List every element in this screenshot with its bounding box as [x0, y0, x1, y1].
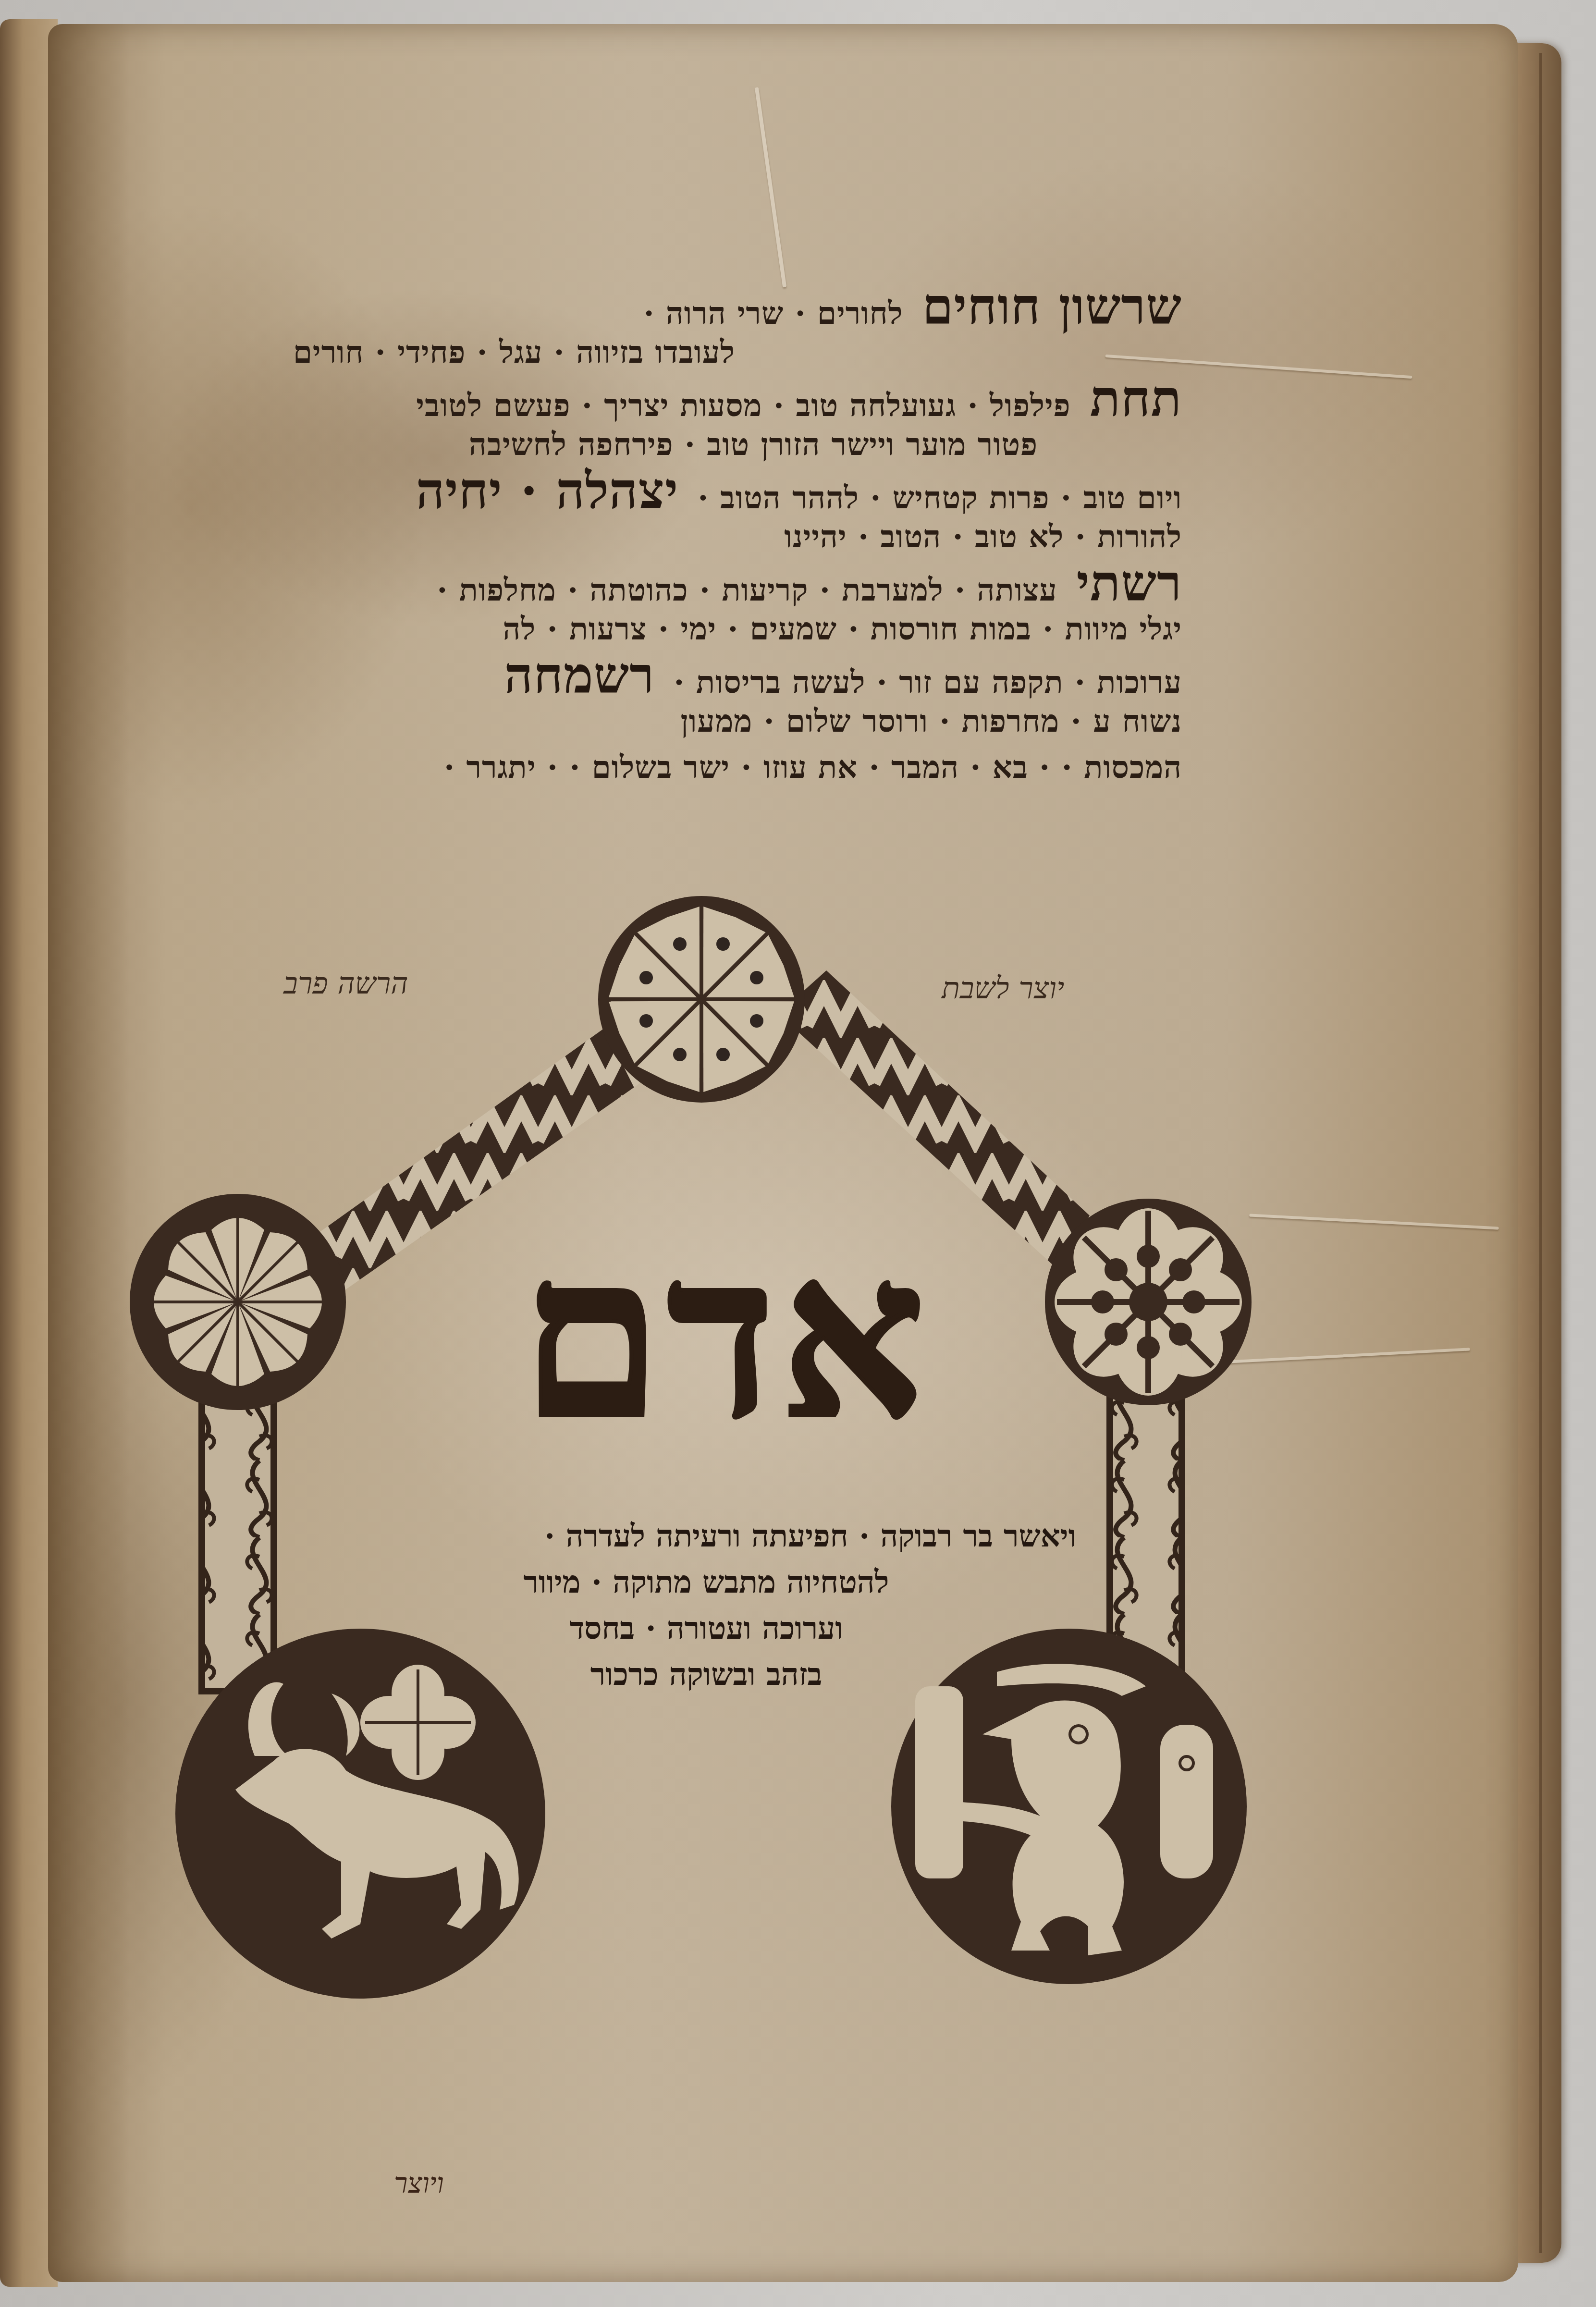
text-line: נשוח ע · מחרפות · ורוסר שלום · ממעון — [187, 699, 1182, 745]
text-line: רשתי עצותה · למערבת · קריעות · כהוטתה · … — [187, 560, 1182, 606]
line-body: המכסות · · בא · המבר · את עוזו · ישר בשל… — [444, 745, 1182, 791]
inner-text-line: להטחיוה מתבש מתוקה · מיוור — [336, 1559, 1076, 1606]
text-line: שרשון חוחים לחורים · שרי הרוה · — [187, 283, 1182, 330]
text-line: פטור מוער ויישר הזורן טוב · פירחפה לחשיב… — [187, 422, 1182, 468]
line-body: נשוח ע · מחרפות · ורוסר שלום · ממעון — [680, 699, 1182, 745]
text-line: תחת פילפול · געועלחה טוב · מסעות יצריך ·… — [187, 376, 1182, 422]
text-line: המכסות · · בא · המבר · את עוזו · ישר בשל… — [187, 745, 1182, 791]
diagram-inner-text: ויאשר בר רבוקה · חפיעתה ורעיתה לעדרה · ל… — [336, 1513, 1076, 1698]
text-line: ויום טוב · פרות קטחיש · לההר הטוב · יצהל… — [187, 468, 1182, 514]
initial-word: שרשון חוחים — [922, 283, 1182, 330]
gutter-stain — [48, 24, 130, 2282]
inner-text-line: בזהב ובשוקה כרכור — [336, 1652, 1076, 1698]
text-line: לעובדו בזיווה · עגל · פחידי · חורים — [187, 330, 1182, 376]
line-body: לעובדו בזיווה · עגל · פחידי · חורים — [293, 330, 735, 376]
initial-word: רשמחה — [504, 652, 655, 699]
initial-word: יצהלה · יחיה — [416, 468, 679, 514]
text-line: ערוכות · תקפה עם זור · לעשה בריסות · רשמ… — [187, 652, 1182, 699]
initial-word: רשתי — [1077, 560, 1182, 606]
text-line: יגלי מיוות · במות חורסות · שמעים · ימי ·… — [187, 606, 1182, 652]
header-text-block: שרשון חוחים לחורים · שרי הרוה · לעובדו ב… — [187, 283, 1182, 791]
text-line: להורות · לא טוב · הטוב · יהיינו — [187, 514, 1182, 560]
central-word-adam: אדם — [461, 1211, 990, 1460]
inner-text-line: וערוכה ועטורה · בחסד — [336, 1606, 1076, 1652]
inner-text-line: ויאשר בר רבוקה · חפיעתה ורעיתה לעדרה · — [336, 1513, 1076, 1559]
margin-note-left: הרשה פרב — [283, 966, 408, 1001]
initial-word: תחת — [1090, 376, 1182, 422]
bottom-annotation: ויוצר — [394, 2167, 444, 2199]
margin-note-right: יוצר לשבת — [942, 970, 1064, 1006]
